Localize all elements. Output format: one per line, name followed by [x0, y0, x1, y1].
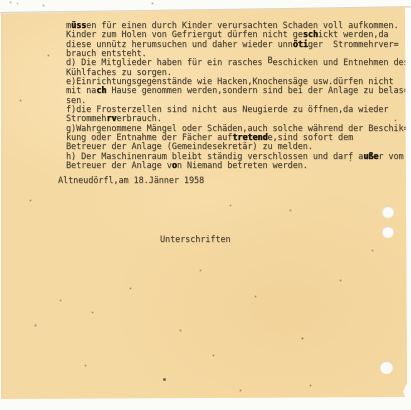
typed-line: mit nach Hause genommen werden,sondern s…	[66, 87, 409, 96]
typed-text: B	[268, 57, 273, 66]
punch-hole	[382, 226, 394, 238]
typed-text-block: müssen für einen durch Kinder verursacht…	[66, 22, 409, 171]
typed-line: Betreuer der Anlage von Niemand betreten…	[66, 162, 409, 171]
scanner-dust-specks	[0, 0, 1, 1]
typed-text: n Niemand betreten werden.	[177, 161, 308, 171]
typed-text: Hause genommen werden,sondern sind bei d…	[106, 86, 408, 96]
overstruck-text: uße	[363, 152, 378, 162]
typed-text: ger Strommehrver=	[308, 40, 399, 50]
punch-hole	[382, 206, 394, 218]
signature-heading: Unterschriften	[160, 236, 231, 245]
typed-text: eschicken und Entnehmen des	[273, 58, 409, 68]
typed-text: Betreuer der Anlage v	[66, 161, 172, 171]
paper-sheet: müssen für einen durch Kinder verursacht…	[0, 0, 411, 410]
scanned-document-page: müssen für einen durch Kinder verursacht…	[0, 0, 411, 410]
punch-hole	[380, 361, 393, 374]
date-line: Altneudörfl,am 18.Jänner 1958	[58, 177, 204, 186]
overstruck-text: öti	[293, 40, 308, 50]
overstruck-text: ch	[96, 86, 106, 96]
typed-text: r vom	[378, 152, 403, 162]
